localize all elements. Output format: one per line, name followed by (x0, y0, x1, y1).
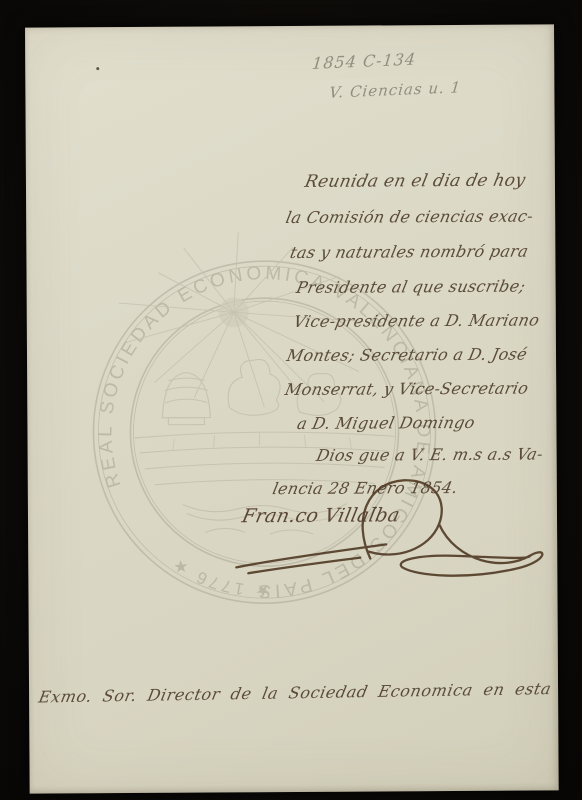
document-page: REAL SOCIEDAD ECONOMICA VALENCIANA DE AM… (25, 24, 559, 793)
letter-line: Reunida en el dia de hoy (303, 171, 527, 192)
archive-annotation-series: V. Ciencias u. 1 (328, 78, 462, 101)
letter-line: a D. Miguel Domingo (295, 413, 476, 433)
letter-line: Presidente al que suscribe; (295, 277, 528, 297)
signature-flourish (218, 469, 559, 601)
letter-line: la Comisión de ciencias exac- (284, 207, 535, 228)
letter-line: Dios gue a V. E. m.s a.s Va- (315, 444, 545, 464)
address-line: Exmo. Sor. Director de la Sociedad Econo… (37, 678, 559, 707)
dust-speck (375, 506, 377, 508)
letter-line: Montes; Secretario a D. José (285, 345, 529, 365)
letter-line: tas y naturales nombró para (288, 242, 530, 262)
archive-annotation-code: 1854 C-134 (311, 50, 417, 73)
letter-line: Vice-presidente a D. Mariano (292, 310, 541, 331)
letter-line: Monserrat, y Vice-Secretario (283, 379, 530, 400)
dust-speck (96, 67, 99, 70)
